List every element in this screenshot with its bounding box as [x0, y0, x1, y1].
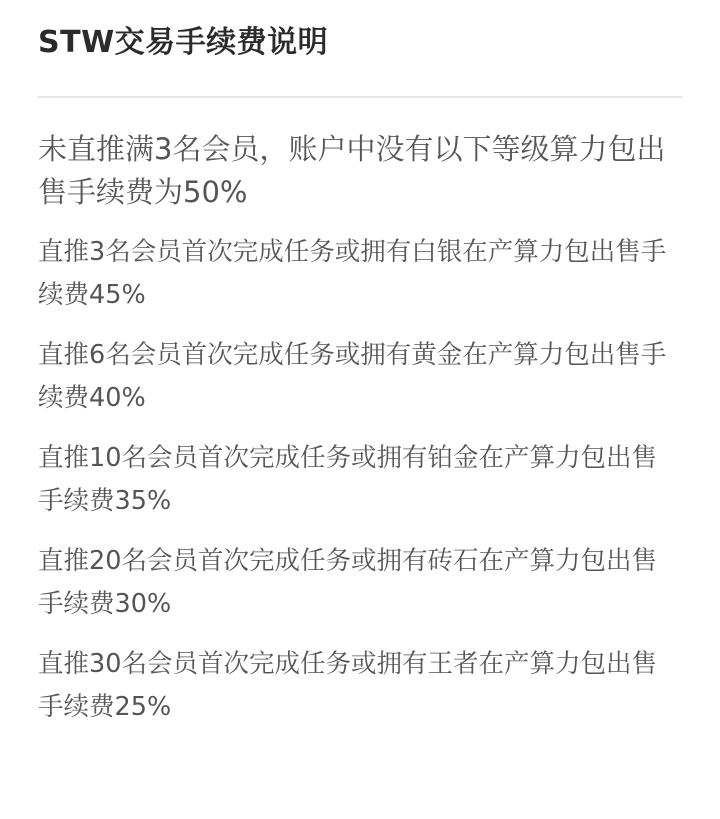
fee-rule-gold: 直推6名会员首次完成任务或拥有黄金在产算力包出售手续费40%: [38, 334, 682, 420]
title-divider: [38, 96, 682, 98]
fee-rule-platinum: 直推10名会员首次完成任务或拥有铂金在产算力包出售手续费35%: [38, 437, 682, 523]
base-fee-description: 未直推满3名会员，账户中没有以下等级算力包出售手续费为50%: [38, 128, 678, 214]
page-title: STW交易手续费说明: [38, 0, 682, 64]
fee-rule-silver: 直推3名会员首次完成任务或拥有白银在产算力包出售手续费45%: [38, 231, 682, 317]
fee-explanation-page: STW交易手续费说明 未直推满3名会员，账户中没有以下等级算力包出售手续费为50…: [38, 0, 682, 729]
fee-rule-king: 直推30名会员首次完成任务或拥有王者在产算力包出售手续费25%: [38, 643, 682, 729]
fee-rule-diamond: 直推20名会员首次完成任务或拥有砖石在产算力包出售手续费30%: [38, 540, 682, 626]
